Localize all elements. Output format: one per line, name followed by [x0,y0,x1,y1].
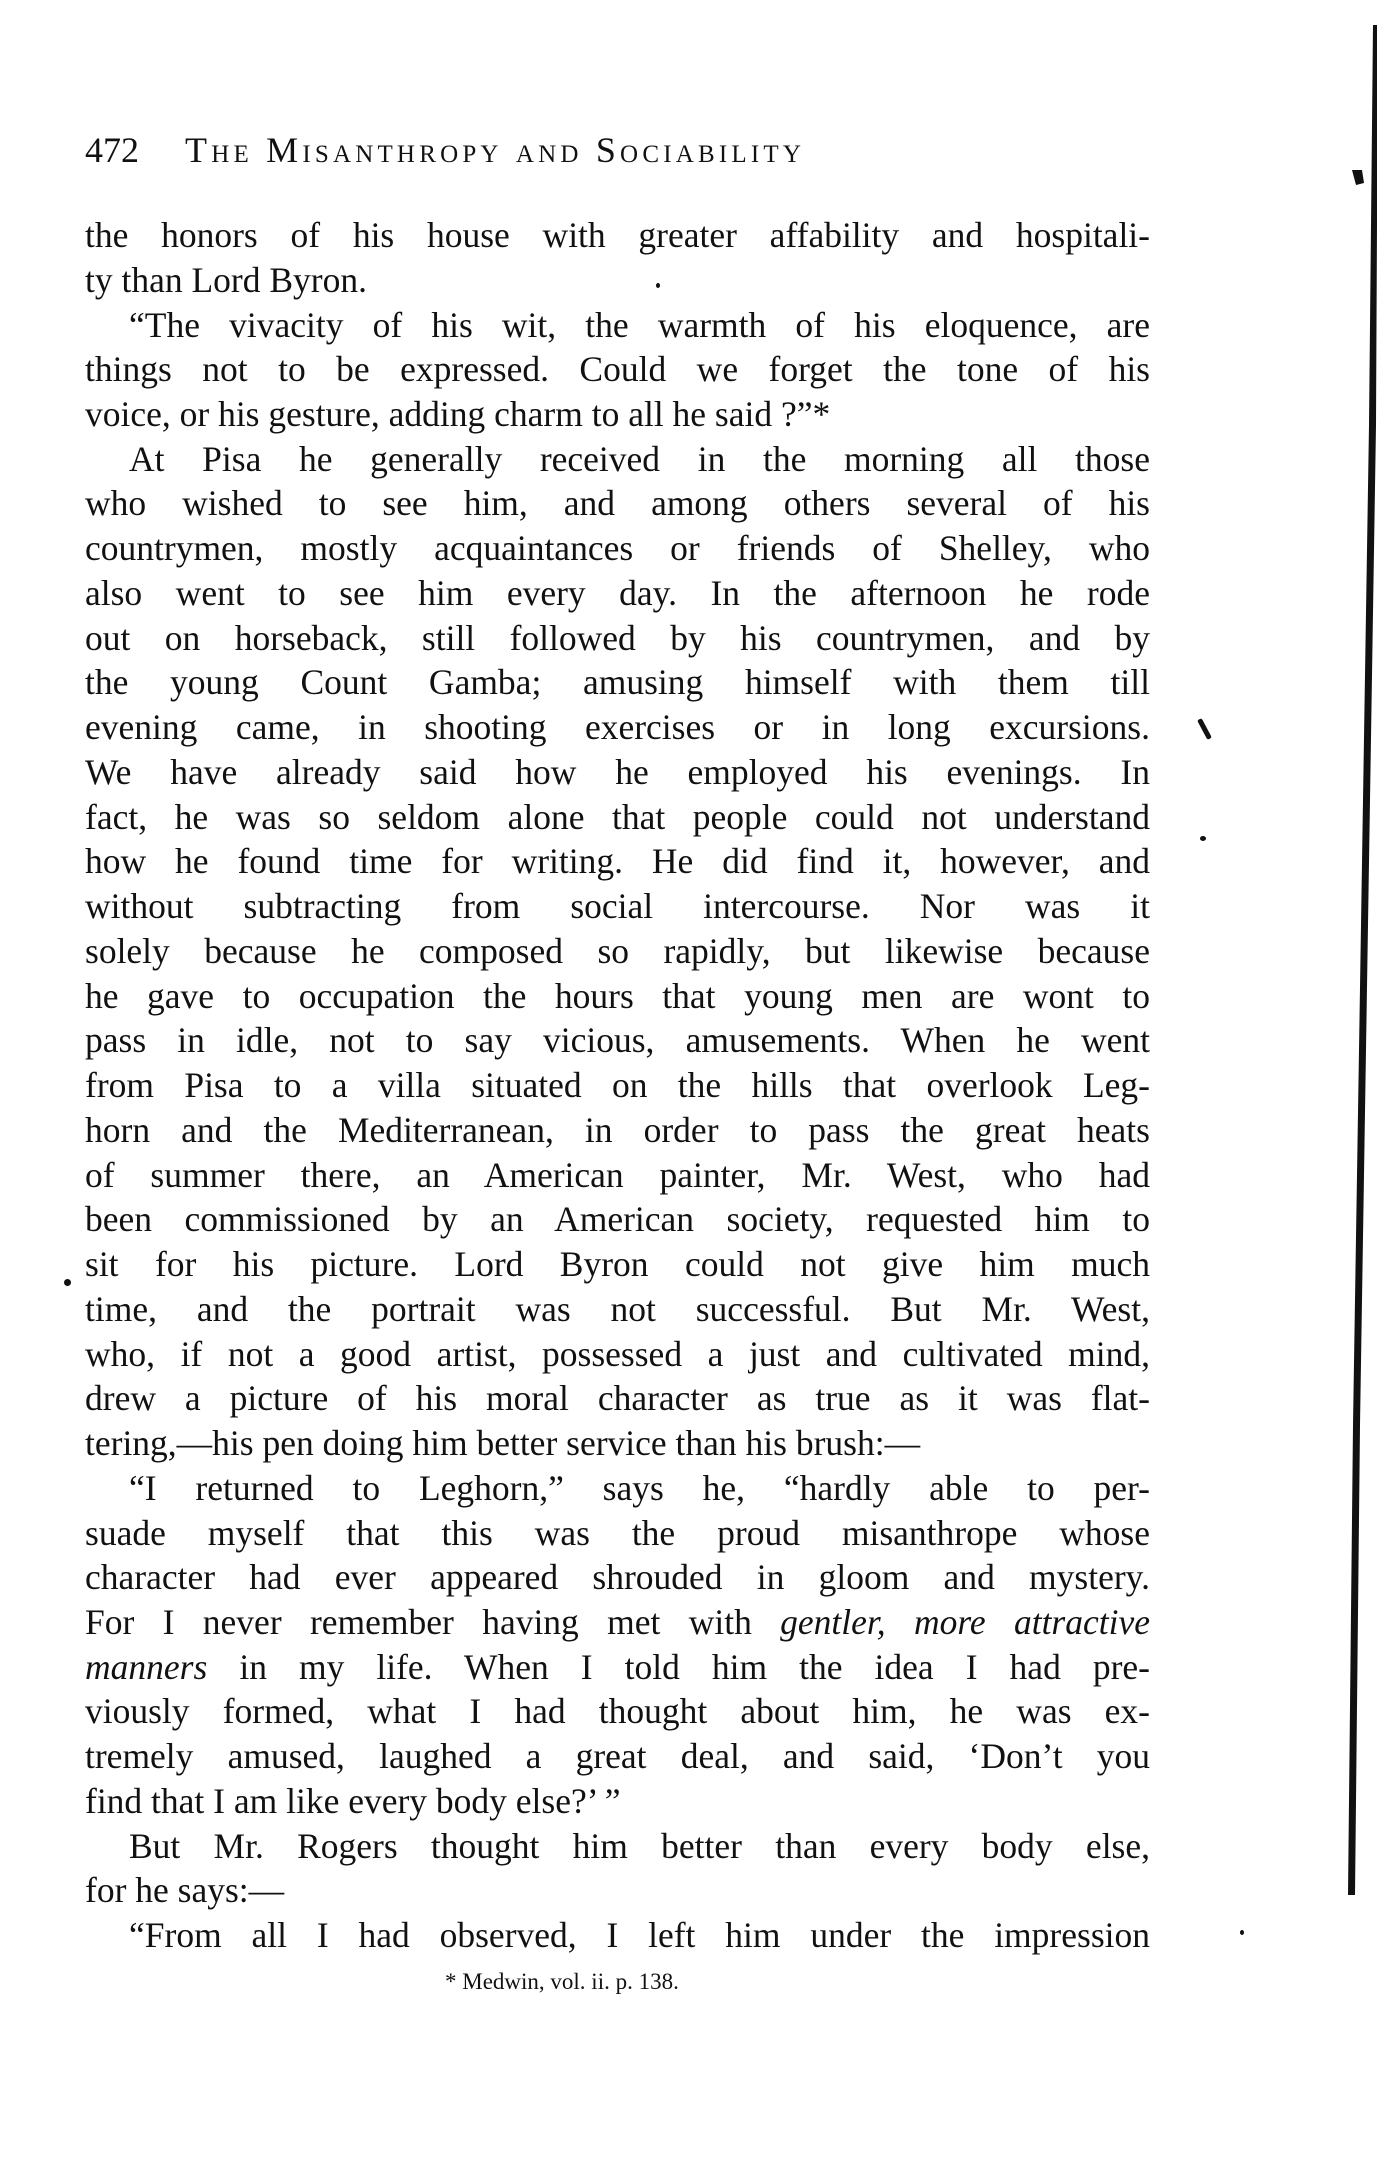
book-page: 472The Misanthropy and Sociability the h… [0,0,1377,2159]
running-head: 472The Misanthropy and Sociability [85,126,1065,174]
text-line: who, if not a good artist, possessed a j… [85,1332,1150,1376]
text-line: “I returned to Leghorn,” says he, “hardl… [85,1466,1150,1510]
footnote: * Medwin, vol. ii. p. 138. [445,1967,845,1997]
text-line: manners in my life. When I told him the … [85,1645,1150,1689]
text-line: solely because he composed so rapidly, b… [85,929,1150,973]
text-line: from Pisa to a villa situated on the hil… [85,1063,1150,1107]
text-line: time, and the portrait was not successfu… [85,1287,1150,1331]
text-line: he gave to occupation the hours that you… [85,974,1150,1018]
text-line: suade myself that this was the proud mis… [85,1511,1150,1555]
text-line: the honors of his house with greater aff… [85,213,1150,257]
text-line: evening came, in shooting exercises or i… [85,705,1150,749]
text-line: character had ever appeared shrouded in … [85,1555,1150,1599]
text-line: the young Count Gamba; amusing himself w… [85,660,1150,704]
text-line: for he says:— [85,1868,1150,1912]
text-line: of summer there, an American painter, Mr… [85,1153,1150,1197]
scan-speck [1197,718,1212,740]
text-line: viously formed, what I had thought about… [85,1689,1150,1733]
text-line: find that I am like every body else?’ ” [85,1779,1150,1823]
text-line: We have already said how he employed his… [85,750,1150,794]
running-head-title: The Misanthropy and Sociability [185,130,805,170]
text-line: At Pisa he generally received in the mor… [85,437,1150,481]
text-run: For I never remember having met with [85,1602,780,1642]
page-number: 472 [85,126,185,174]
scan-speck [656,283,660,288]
italic-emphasis: gentler, more attractive [780,1602,1150,1642]
text-line: For I never remember having met with gen… [85,1600,1150,1644]
text-line: also went to see him every day. In the a… [85,571,1150,615]
text-line: horn and the Mediterranean, in order to … [85,1108,1150,1152]
text-line: fact, he was so seldom alone that people… [85,795,1150,839]
scan-speck [1240,1930,1244,1935]
text-line: But Mr. Rogers thought him better than e… [85,1824,1150,1868]
text-line: ty than Lord Byron. [85,258,1150,302]
text-line: drew a picture of his moral character as… [85,1376,1150,1420]
text-line: been commissioned by an American society… [85,1197,1150,1241]
text-line: how he found time for writing. He did fi… [85,839,1150,883]
text-line: tremely amused, laughed a great deal, an… [85,1734,1150,1778]
text-line: “The vivacity of his wit, the warmth of … [85,303,1150,347]
text-line: pass in idle, not to say vicious, amusem… [85,1018,1150,1062]
text-line: out on horseback, still followed by his … [85,616,1150,660]
text-line: voice, or his gesture, adding charm to a… [85,392,1150,436]
text-line: tering,—his pen doing him better service… [85,1421,1150,1465]
scan-speck [64,1279,71,1286]
page-edge-shadow [1320,25,1377,2125]
text-run: in my life. When I told him the idea I h… [239,1647,1150,1687]
text-line: sit for his picture. Lord Byron could no… [85,1242,1150,1286]
text-line: countrymen, mostly acquaintances or frie… [85,526,1150,570]
italic-emphasis: manners [85,1647,207,1687]
text-line: things not to be expressed. Could we for… [85,347,1150,391]
scan-speck [1200,836,1206,841]
text-line: who wished to see him, and among others … [85,481,1150,525]
text-line: “From all I had observed, I left him und… [85,1913,1150,1957]
text-line: without subtracting from social intercou… [85,884,1150,928]
